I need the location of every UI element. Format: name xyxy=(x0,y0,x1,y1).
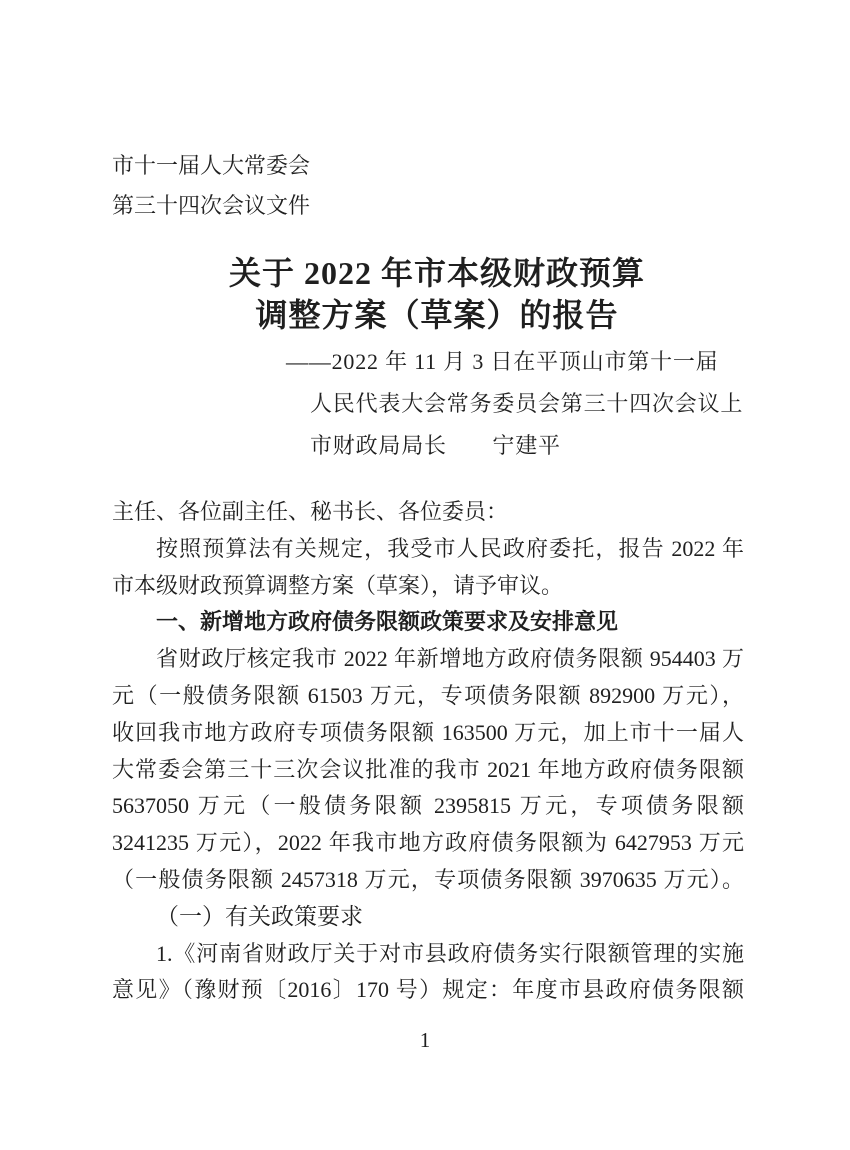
document-page: 市十一届人大常委会 第三十四次会议文件 关于 2022 年市本级财政预算 调整方… xyxy=(0,0,850,1150)
body-text-line: 市本级财政预算调整方案（草案），请予审议。 xyxy=(112,568,744,605)
body-text-line: 3241235 万元），2022 年我市地方政府债务限额为 6427953 万元 xyxy=(112,825,744,862)
header-line-session: 第三十四次会议文件 xyxy=(112,186,310,226)
document-header: 市十一届人大常委会 第三十四次会议文件 xyxy=(112,146,310,226)
body-text-line: 元（一般债务限额 61503 万元，专项债务限额 892900 万元）， xyxy=(112,678,744,715)
header-line-committee: 市十一届人大常委会 xyxy=(112,146,310,186)
body-text-line: 省财政厅核定我市 2022 年新增地方政府债务限额 954403 万 xyxy=(112,641,744,678)
body-text-line: 大常委会第三十三次会议批准的我市 2021 年地方政府债务限额 xyxy=(112,752,744,789)
subtitle-date-line: ——2022 年 11 月 3 日在平顶山市第十一届 xyxy=(286,341,743,383)
section-heading: 一、新增地方政府债务限额政策要求及安排意见 xyxy=(112,604,744,641)
body-text-line: 按照预算法有关规定，我受市人民政府委托，报告 2022 年 xyxy=(112,531,744,568)
salutation: 主任、各位副主任、秘书长、各位委员： xyxy=(112,494,744,531)
body-text-line: 1.《河南省财政厅关于对市县政府债务实行限额管理的实施 xyxy=(112,936,744,973)
title-line-2: 调整方案（草案）的报告 xyxy=(130,294,744,336)
document-title: 关于 2022 年市本级财政预算 调整方案（草案）的报告 xyxy=(112,252,744,336)
title-line-1: 关于 2022 年市本级财政预算 xyxy=(130,252,744,294)
page-number: 1 xyxy=(0,1028,850,1053)
body-text-line: 5637050 万元（一般债务限额 2395815 万元，专项债务限额 xyxy=(112,788,744,825)
document-subtitle: ——2022 年 11 月 3 日在平顶山市第十一届 人民代表大会常务委员会第三… xyxy=(112,341,743,467)
subtitle-meeting-line: 人民代表大会常务委员会第三十四次会议上 xyxy=(310,383,743,425)
body-text-line: （一般债务限额 2457318 万元，专项债务限额 3970635 万元）。 xyxy=(112,862,744,899)
subtitle-speaker-line: 市财政局局长 宁建平 xyxy=(310,425,743,467)
document-body: 主任、各位副主任、秘书长、各位委员： 按照预算法有关规定，我受市人民政府委托，报… xyxy=(112,494,744,1009)
body-text-line: 收回我市地方政府专项债务限额 163500 万元，加上市十一届人 xyxy=(112,715,744,752)
body-text-line: 意见》（豫财预〔2016〕170 号）规定：年度市县政府债务限额 xyxy=(112,972,744,1009)
subsection-heading: （一）有关政策要求 xyxy=(112,899,744,936)
